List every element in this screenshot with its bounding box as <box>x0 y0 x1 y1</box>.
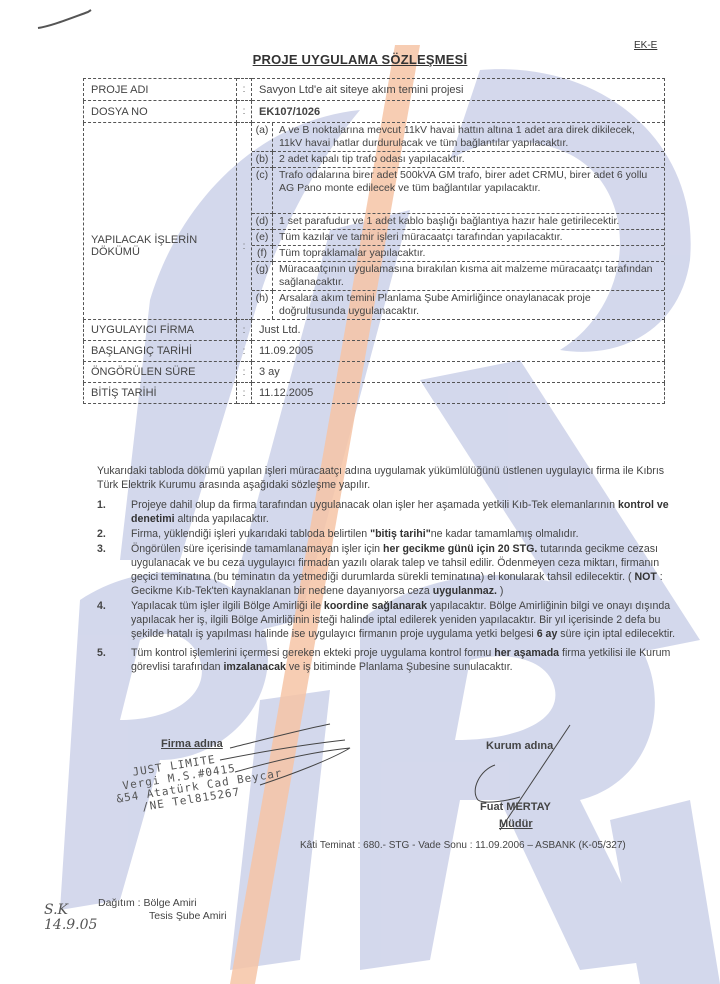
table-row-works: YAPILACAK İŞLERİN DÖKÜMÜ : (a)A ve B nok… <box>84 123 665 320</box>
field-label: BAŞLANGIÇ TARİHİ <box>84 341 237 362</box>
clause-text: Firma, yüklendiği işleri yukarıdaki tabl… <box>131 527 677 541</box>
field-label: YAPILACAK İŞLERİN DÖKÜMÜ <box>84 123 237 320</box>
signer-name: Fuat MERTAY <box>480 801 551 813</box>
field-label: ÖNGÖRÜLEN SÜRE <box>84 362 237 383</box>
intro-paragraph: Yukarıdaki tabloda dökümü yapılan işleri… <box>97 464 677 492</box>
list-item: (c)Trafo odalarına birer adet 500kVA GM … <box>252 168 664 214</box>
table-row-end-date: BİTİŞ TARİHİ : 11.12.2005 <box>84 383 665 404</box>
clauses-list: 1.Projeye dahil olup da firma tarafından… <box>97 498 677 675</box>
table-row-file-no: DOSYA NO : EK107/1026 <box>84 101 665 123</box>
clause-item: 4.Yapılacak tüm işler ilgili Bölge Amirl… <box>97 599 677 641</box>
guarantee-line: Kâti Teminat : 680.- STG - Vade Sonu : 1… <box>300 840 626 851</box>
field-label: PROJE ADI <box>84 79 237 101</box>
field-label: UYGULAYICI FİRMA <box>84 320 237 341</box>
institution-signature-label: Kurum adına <box>486 740 553 752</box>
clause-text: Yapılacak tüm işler ilgili Bölge Amirliğ… <box>131 599 677 641</box>
list-item: (a)A ve B noktalarına mevcut 11kV havai … <box>252 123 664 152</box>
works-list-cell: (a)A ve B noktalarına mevcut 11kV havai … <box>252 123 665 320</box>
end-date-value: 11.12.2005 <box>252 383 665 404</box>
clause-item: 3.Öngörülen süre içerisinde tamamlanamay… <box>97 542 677 598</box>
clause-number: 2. <box>97 527 131 541</box>
list-item: (d)1 set parafudur ve 1 adet kablo başlı… <box>252 214 664 230</box>
field-label: DOSYA NO <box>84 101 237 123</box>
list-item: (h)Arsalara akım temini Planlama Şube Am… <box>252 291 664 320</box>
firm-signature-label: Firma adına <box>161 738 223 750</box>
table-row-project-name: PROJE ADI : Savyon Ltd'e ait siteye akım… <box>84 79 665 101</box>
distribution-list: Dağıtım : Bölge Amiri Tesis Şube Amiri <box>98 897 227 923</box>
start-date-value: 11.09.2005 <box>252 341 665 362</box>
clause-item: 2.Firma, yüklendiği işleri yukarıdaki ta… <box>97 527 677 541</box>
contractor-value: Just Ltd. <box>252 320 665 341</box>
handwritten-checkmark-icon <box>36 6 96 34</box>
document-page: EK-E PROJE UYGULAMA SÖZLEŞMESİ PROJE ADI… <box>0 0 720 984</box>
works-list: (a)A ve B noktalarına mevcut 11kV havai … <box>252 123 664 319</box>
annex-label: EK-E <box>634 40 657 51</box>
page-title: PROJE UYGULAMA SÖZLEŞMESİ <box>0 52 720 67</box>
list-item: (b)2 adet kapalı tip trafo odası yapılac… <box>252 152 664 168</box>
clause-number: 1. <box>97 498 131 526</box>
list-item: (f)Tüm topraklamalar yapılacaktır. <box>252 246 664 262</box>
clause-number: 4. <box>97 599 131 641</box>
signer-title: Müdür <box>499 818 533 830</box>
clause-text: Öngörülen süre içerisinde tamamlanamayan… <box>131 542 677 598</box>
clause-text: Projeye dahil olup da firma tarafından u… <box>131 498 677 526</box>
table-row-start-date: BAŞLANGIÇ TARİHİ : 11.09.2005 <box>84 341 665 362</box>
clause-number: 3. <box>97 542 131 598</box>
clause-item: 1.Projeye dahil olup da firma tarafından… <box>97 498 677 526</box>
handwritten-note: S.K 14.9.05 <box>44 903 97 933</box>
file-no-value: EK107/1026 <box>252 101 665 123</box>
company-stamp: JUST LIMITE Vergi M.S.#0415 &54 Atatürk … <box>112 744 285 818</box>
project-name-value: Savyon Ltd'e ait siteye akım temini proj… <box>252 79 665 101</box>
project-info-table: PROJE ADI : Savyon Ltd'e ait siteye akım… <box>83 78 665 404</box>
list-item: (g)Müracaatçının uygulamasına bırakılan … <box>252 262 664 291</box>
table-row-contractor: UYGULAYICI FİRMA : Just Ltd. <box>84 320 665 341</box>
list-item: (e)Tüm kazılar ve tamir işleri müracaatç… <box>252 230 664 246</box>
clause-item: 5.Tüm kontrol işlemlerini içermesi gerek… <box>97 646 677 674</box>
clause-text: Tüm kontrol işlemlerini içermesi gereken… <box>131 646 677 674</box>
field-label: BİTİŞ TARİHİ <box>84 383 237 404</box>
duration-value: 3 ay <box>252 362 665 383</box>
clause-number: 5. <box>97 646 131 674</box>
table-row-duration: ÖNGÖRÜLEN SÜRE : 3 ay <box>84 362 665 383</box>
